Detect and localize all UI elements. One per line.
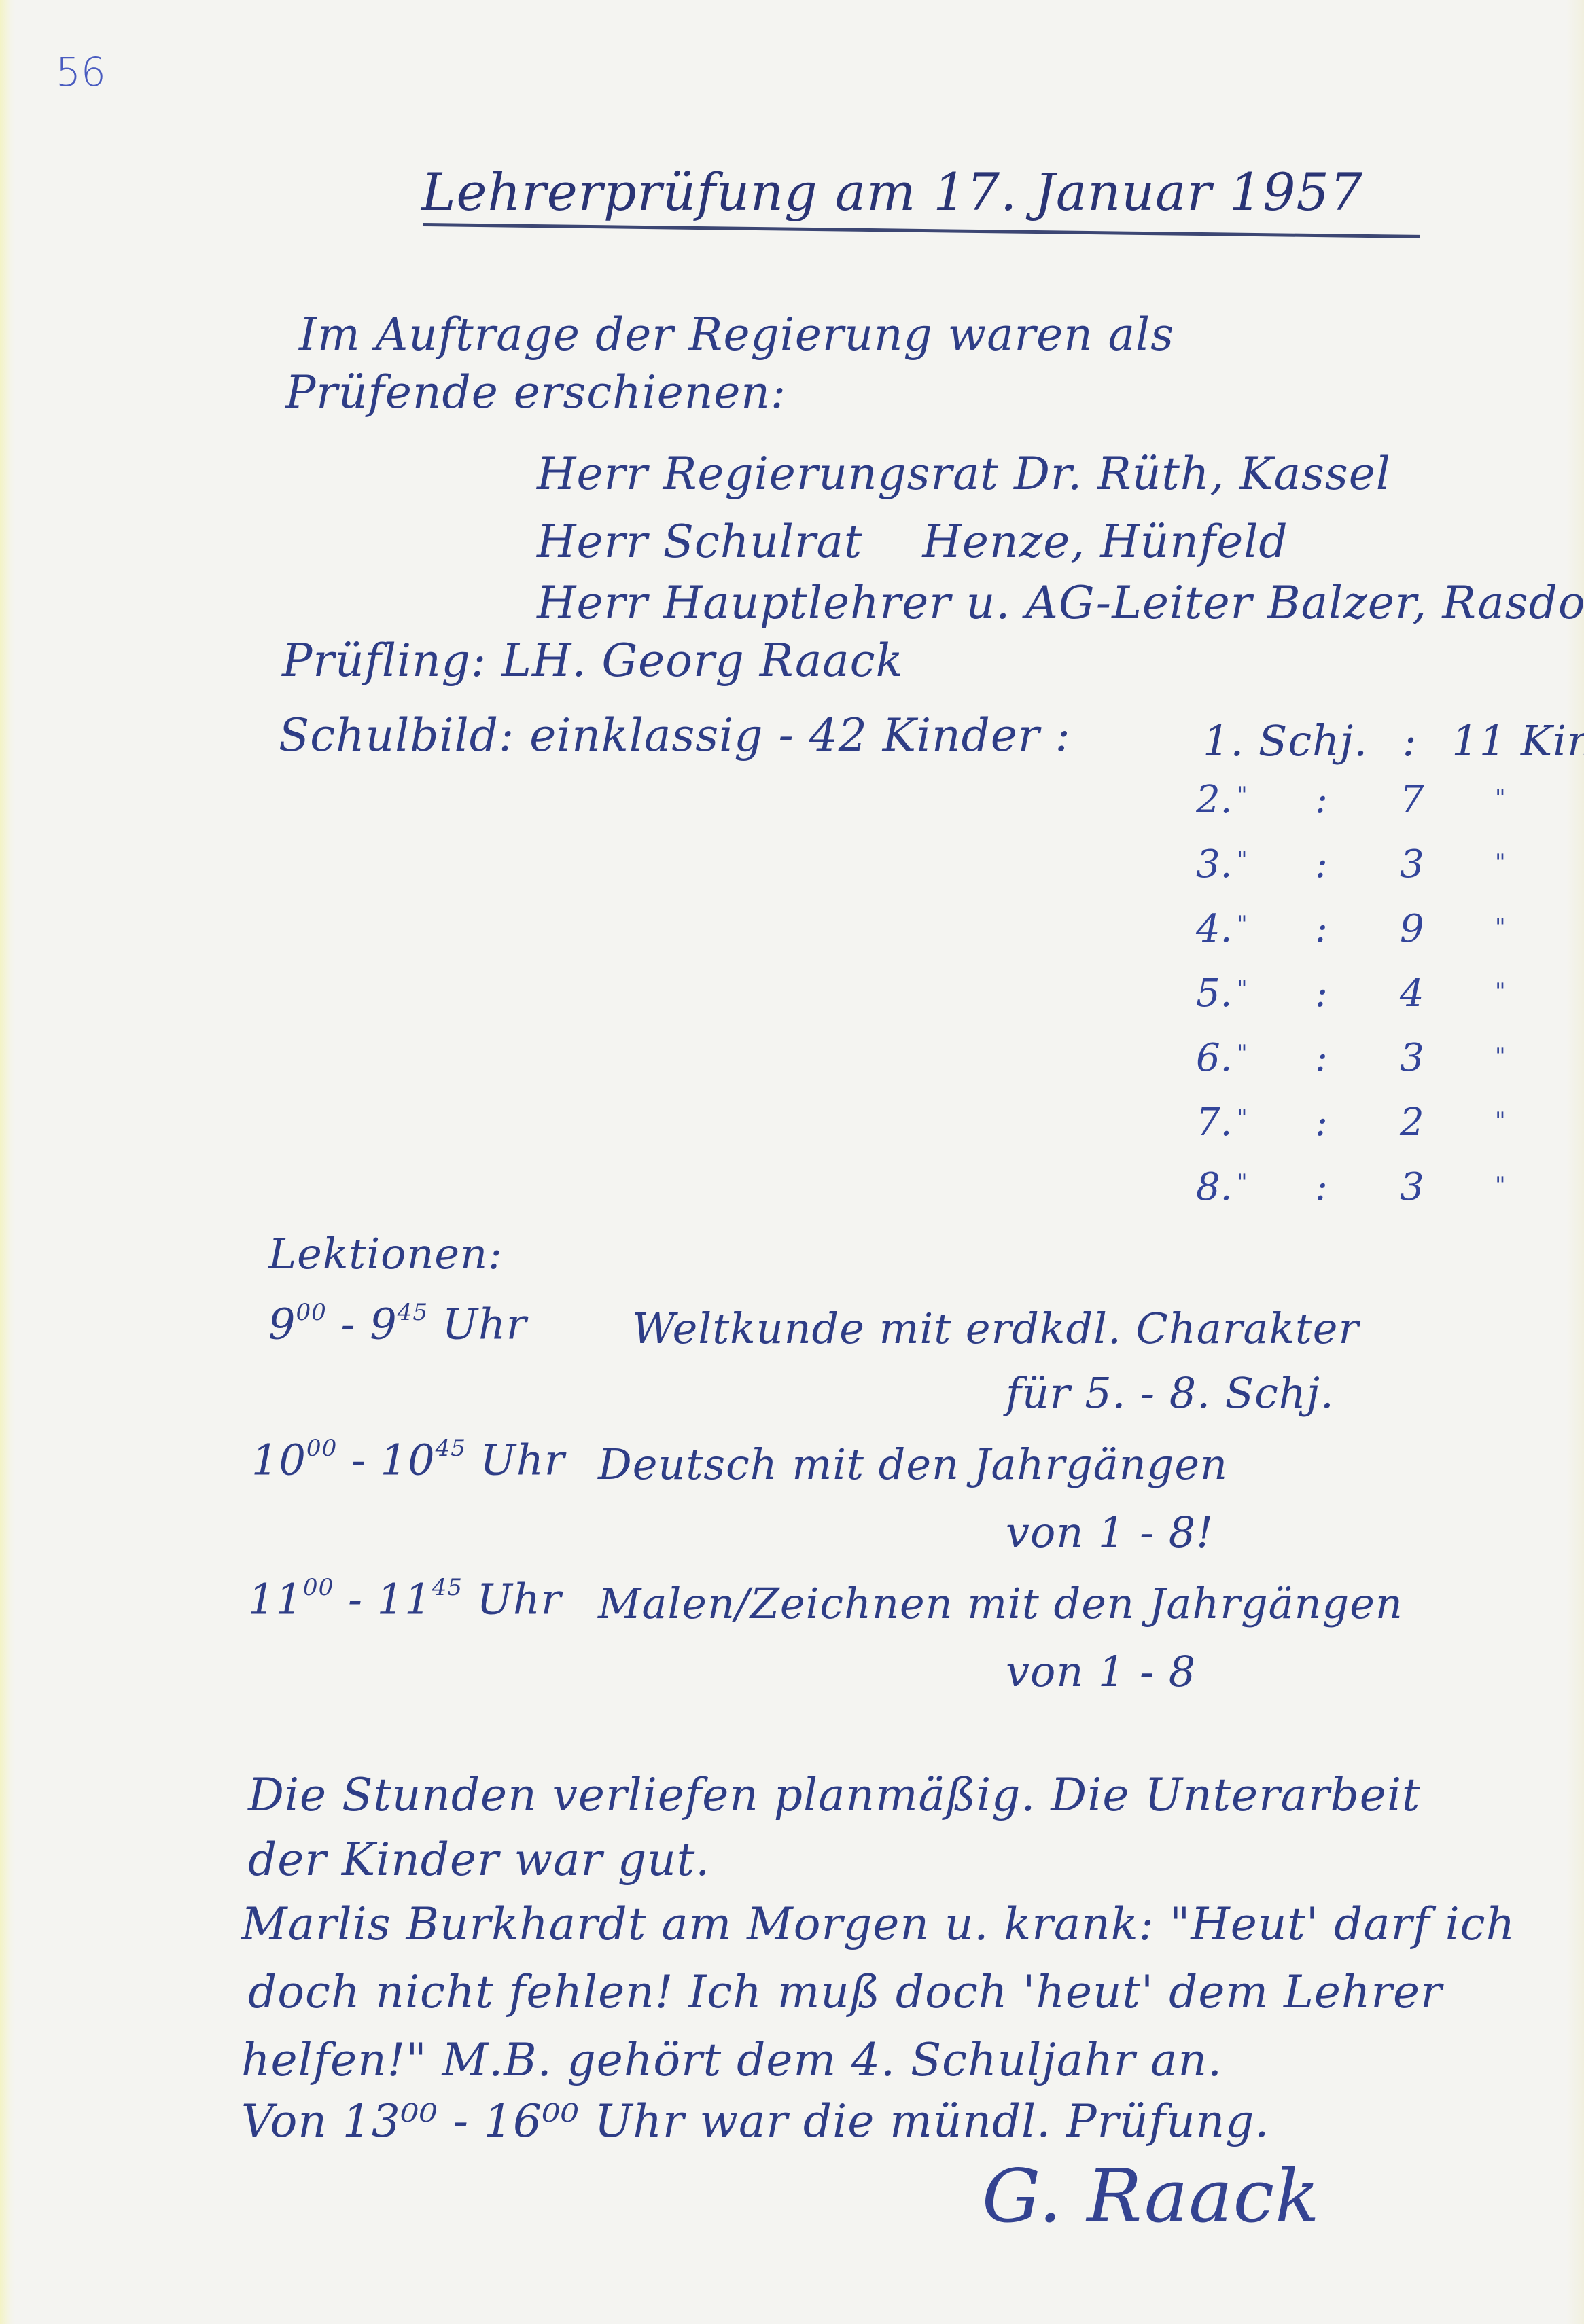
class-year: 7.: [1196, 1101, 1232, 1145]
class-count-row: 4. " : 9 ": [1196, 907, 1549, 948]
school-line: Schulbild: einklassig - 42 Kinder :: [279, 713, 1071, 758]
class-year: 2.: [1196, 778, 1232, 822]
ditto-mark: ": [1495, 978, 1506, 1005]
remark-line: Marlis Burkhardt am Morgen u. krank: "He…: [241, 1902, 1515, 1947]
lesson-start-hour: 9: [268, 1299, 296, 1348]
lesson-start-hour: 11: [248, 1574, 303, 1624]
lesson-end-min: 45: [436, 1435, 466, 1462]
school-label: Schulbild:: [279, 709, 514, 762]
remark-line: Die Stunden verliefen planmäßig. Die Unt…: [248, 1773, 1420, 1818]
school-value: einklassig - 42 Kinder :: [529, 709, 1070, 762]
remark-line: helfen!" M.B. gehört dem 4. Schuljahr an…: [241, 2038, 1222, 2083]
class-count-row: 6. " : 3 ": [1196, 1036, 1549, 1077]
class-count: 3: [1400, 842, 1424, 887]
class-count: 11: [1451, 716, 1507, 766]
lesson-detail: für 5. - 8. Schj.: [1006, 1372, 1335, 1414]
class-year: 3.: [1196, 842, 1232, 887]
lesson-subject: Deutsch mit den Jahrgängen: [598, 1444, 1228, 1486]
class-count-row: 3. " : 3 ": [1196, 842, 1549, 883]
examiner-2: Herr Schulrat Henze, Hünfeld: [537, 520, 1288, 565]
lesson-start-min: 00: [303, 1574, 334, 1601]
lesson-start-hour: 10: [251, 1435, 306, 1484]
ditto-mark: ": [1237, 911, 1248, 938]
ditto-mark: ": [1495, 849, 1506, 876]
lesson-uhr: Uhr: [428, 1299, 527, 1348]
ditto-mark: ": [1237, 976, 1248, 1003]
lesson-time: 1000 - 1045 Uhr: [251, 1437, 565, 1481]
paper-edge-right: [1566, 0, 1584, 2324]
class-count-row: 5. " : 4 ": [1196, 971, 1549, 1012]
class-count-row: 7. " : 2 ": [1196, 1101, 1549, 1141]
class-year: 1. Schj.: [1203, 716, 1368, 766]
remark-line: der Kinder war gut.: [248, 1838, 710, 1882]
intro-line-1: Im Auftrage der Regierung waren als: [299, 312, 1174, 357]
ditto-mark: ": [1237, 1169, 1248, 1196]
class-colon: :: [1315, 778, 1328, 822]
signature: G. Raack: [982, 2160, 1320, 2234]
lesson-uhr: Uhr: [463, 1574, 562, 1624]
candidate-value: LH. Georg Raack: [501, 634, 904, 687]
lesson-end-hour: 10: [381, 1435, 436, 1484]
class-year: 5.: [1196, 971, 1232, 1016]
examiner-1: Herr Regierungsrat Dr. Rüth, Kassel: [537, 452, 1391, 497]
lessons-heading: Lektionen:: [268, 1233, 503, 1275]
class-count-first: 1. Schj. : 11 Kinder: [1203, 720, 1584, 762]
class-count: 7: [1400, 778, 1424, 822]
ditto-mark: ": [1237, 782, 1248, 809]
class-colon: :: [1315, 907, 1328, 951]
class-count-row: 2. " : 7 ": [1196, 778, 1549, 819]
examiner-3: Herr Hauptlehrer u. AG-Leiter Balzer, Ra…: [537, 581, 1584, 626]
ditto-mark: ": [1495, 1043, 1506, 1070]
lesson-sep: -: [337, 1435, 380, 1484]
lesson-time: 1100 - 1145 Uhr: [248, 1576, 561, 1620]
class-count: 9: [1400, 907, 1424, 951]
class-colon: :: [1315, 1101, 1328, 1145]
title-underline: [423, 223, 1420, 238]
ditto-mark: ": [1495, 914, 1506, 941]
lesson-subject: Weltkunde mit erdkdl. Charakter: [632, 1308, 1359, 1350]
ditto-mark: ": [1495, 785, 1506, 812]
class-year: 8.: [1196, 1165, 1232, 1209]
class-colon: :: [1315, 842, 1328, 887]
lesson-start-min: 00: [296, 1299, 326, 1326]
ditto-mark: ": [1237, 1040, 1248, 1067]
class-year: 4.: [1196, 907, 1232, 951]
lesson-detail: von 1 - 8!: [1006, 1512, 1214, 1554]
class-count: 4: [1400, 971, 1424, 1016]
lesson-detail: von 1 - 8: [1006, 1651, 1196, 1693]
lesson-end-hour: 9: [370, 1299, 397, 1348]
lesson-start-min: 00: [306, 1435, 337, 1462]
page-title: Lehrerprüfung am 17. Januar 1957: [421, 166, 1363, 218]
lesson-time: 900 - 945 Uhr: [268, 1301, 527, 1345]
class-count: 2: [1400, 1101, 1424, 1145]
class-count-row: 8. " : 3 ": [1196, 1165, 1549, 1206]
class-colon: :: [1315, 971, 1328, 1016]
lesson-sep: -: [334, 1574, 376, 1624]
class-colon: :: [1315, 1165, 1328, 1209]
lesson-end-hour: 11: [377, 1574, 432, 1624]
lesson-uhr: Uhr: [466, 1435, 565, 1484]
class-count: 3: [1400, 1036, 1424, 1080]
ditto-mark: ": [1237, 846, 1248, 874]
class-year: 6.: [1196, 1036, 1232, 1080]
class-unit: Kinder: [1521, 716, 1584, 766]
ditto-mark: ": [1495, 1107, 1506, 1134]
lesson-subject: Malen/Zeichnen mit den Jahrgängen: [598, 1583, 1403, 1625]
ditto-mark: ": [1495, 1172, 1506, 1199]
candidate-label: Prüfling:: [282, 634, 487, 687]
ditto-mark: ": [1237, 1105, 1248, 1132]
remark-line: Von 13⁰⁰ - 16⁰⁰ Uhr war die mündl. Prüfu…: [241, 2099, 1269, 2144]
intro-line-2: Prüfende erschienen:: [285, 370, 786, 415]
lesson-sep: -: [327, 1299, 370, 1348]
class-colon: :: [1315, 1036, 1328, 1080]
class-colon: :: [1403, 716, 1418, 766]
paper-edge-left: [0, 0, 15, 2324]
class-count: 3: [1400, 1165, 1424, 1209]
page-number: 56: [56, 49, 106, 95]
lesson-end-min: 45: [432, 1574, 463, 1601]
candidate-line: Prüfling: LH. Georg Raack: [282, 639, 904, 683]
lesson-end-min: 45: [398, 1299, 428, 1326]
remark-line: doch nicht fehlen! Ich muß doch 'heut' d…: [248, 1970, 1443, 2015]
